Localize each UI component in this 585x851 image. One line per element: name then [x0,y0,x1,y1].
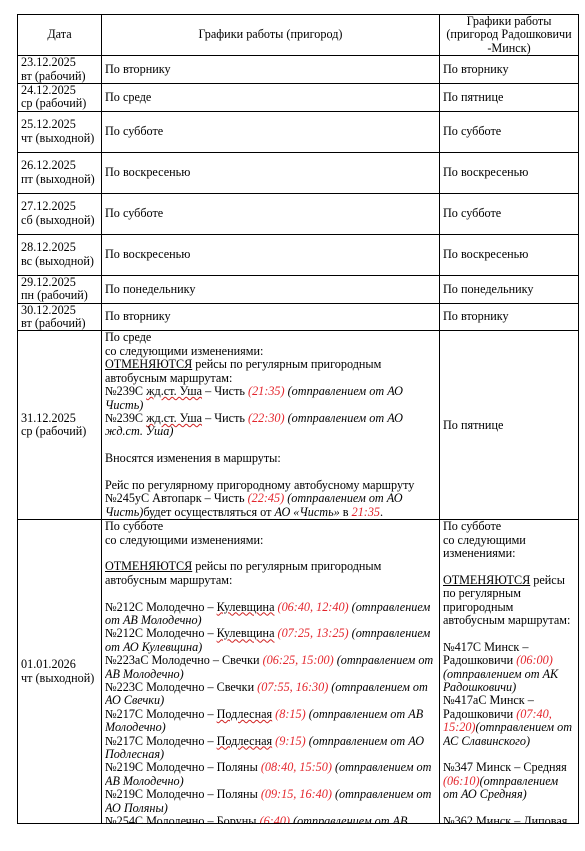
route-entry: №239С жд.ст. Уша – Чисть (21:35) (отправ… [105,385,436,412]
route-entry: №417аС Минск – Радошковичи (07:40, 15:20… [443,694,575,748]
suburban-cell: По воскресенью [102,234,440,275]
time-red: (06:25, 15:00) [263,653,334,667]
changes-intro: со следующими изменениями: [443,534,575,561]
base-schedule: По среде [105,331,436,344]
time-red: (22:45) [248,491,285,505]
table-row: 25.12.2025чт (выходной)По субботеПо субб… [18,111,579,152]
date-cell: 23.12.2025вт (рабочий) [18,56,102,84]
change-stop: АО «Чисть» [274,505,339,519]
date-value: 26.12.2025 [21,158,76,172]
time-red: (6:40) [260,814,290,823]
day-type: сб (выходной) [21,213,95,227]
route-to: Поляны [217,787,258,801]
route-to: Подлесная [217,734,273,748]
route-entry: №347 Минск – Средняя (06:10)(отправление… [443,761,575,801]
route-to: – Чисть [202,411,248,425]
route-to: Боруны [217,814,257,823]
table-row-31-12: 31.12.2025 ср (рабочий) По среде со след… [18,331,579,520]
route-number: №219С Молодечно – [105,787,217,801]
suburban-cell: По субботе [102,111,440,152]
day-type: вт (рабочий) [21,69,86,83]
day-type: пт (выходной) [21,172,95,186]
cancelled-word: ОТМЕНЯЮТСЯ [105,357,192,371]
schedule-table: Дата Графики работы (пригород) Графики р… [17,14,579,824]
route-number: №212С Молодечно – [105,626,217,640]
cancelled-intro: ОТМЕНЯЮТСЯ рейсы по регулярным пригородн… [105,560,436,587]
change-text: . [380,505,383,519]
cancelled-word: ОТМЕНЯЮТСЯ [105,559,192,573]
radoshkovichi-cell: По пятнице [440,331,579,520]
time-red: (22:30) [248,411,285,425]
route-entry: №362 Минск – Липовая [443,815,575,823]
route-to: Свечки [217,680,255,694]
date-cell: 31.12.2025 ср (рабочий) [18,331,102,520]
day-type: вт (рабочий) [21,316,86,330]
date-value: 31.12.2025 [21,411,76,425]
route-to: Свечки [222,653,260,667]
radoshkovichi-cell: По субботе [440,111,579,152]
suburban-cell: По вторнику [102,303,440,331]
route-entry: №217С Молодечно – Подлесная (9:15) (отпр… [105,735,436,762]
radoshkovichi-cell: По воскресенью [440,152,579,193]
route-entry: №239С жд.ст. Уша – Чисть (22:30) (отправ… [105,412,436,439]
base-schedule: По субботе [443,520,575,533]
route-number: №362 Минск – Липовая [443,814,567,823]
route-entry: №223аС Молодечно – Свечки (06:25, 15:00)… [105,654,436,681]
date-value: 24.12.2025 [21,83,76,97]
date-value: 28.12.2025 [21,240,76,254]
route-number: №239С [105,411,146,425]
day-type: ср (рабочий) [21,96,86,110]
radoshkovichi-cell: По вторнику [440,56,579,84]
radoshkovichi-cell: По вторнику [440,303,579,331]
header-row: Дата Графики работы (пригород) Графики р… [18,15,579,56]
date-value: 27.12.2025 [21,199,76,213]
route-entry: №219С Молодечно – Поляны (09:15, 16:40) … [105,788,436,815]
route-number: №239С [105,384,146,398]
cancelled-intro: ОТМЕНЯЮТСЯ рейсы по регулярным пригородн… [105,358,436,385]
table-row: 30.12.2025вт (рабочий)По вторникуПо втор… [18,303,579,331]
time-red: (07:55, 16:30) [257,680,328,694]
cancelled-word: ОТМЕНЯЮТСЯ [443,573,530,587]
route-from: жд.ст. Уша [146,384,202,398]
date-cell: 30.12.2025вт (рабочий) [18,303,102,331]
time-red: (06:10) [443,774,480,788]
date-value: 30.12.2025 [21,303,76,317]
suburban-cell: По среде [102,84,440,112]
route-entry: №212С Молодечно – Кулевщина (06:40, 12:4… [105,601,436,628]
header-date: Дата [18,15,102,56]
route-number: №217С Молодечно – [105,734,217,748]
table-row-01-01: 01.01.2026 чт (выходной) По субботе со с… [18,520,579,824]
route-entry: №217С Молодечно – Подлесная (8:15) (отпр… [105,708,436,735]
date-value: 29.12.2025 [21,275,76,289]
suburban-cell: По среде со следующими изменениями: ОТМЕ… [102,331,440,520]
radoshkovichi-cell: По понедельнику [440,275,579,303]
suburban-cell: По воскресенью [102,152,440,193]
suburban-cell: По понедельнику [102,275,440,303]
date-value: 23.12.2025 [21,55,76,69]
table-row: 26.12.2025пт (выходной)По воскресеньюПо … [18,152,579,193]
route-to: Подлесная [217,707,273,721]
route-entry: №223С Молодечно – Свечки (07:55, 16:30) … [105,681,436,708]
cancelled-intro: ОТМЕНЯЮТСЯ рейсы по регулярным пригородн… [443,574,575,628]
day-type: ср (рабочий) [21,424,86,438]
route-number: №219С Молодечно – [105,760,217,774]
time-red: (06:40, 12:40) [278,600,349,614]
changes-intro: со следующими изменениями: [105,345,436,358]
route-to: Кулевщина [217,600,275,614]
route-to: Кулевщина [217,626,275,640]
route-number: №223аС Молодечно – [105,653,222,667]
time-red: (06:00) [516,653,553,667]
suburban-cell: По субботе со следующими изменениями: ОТ… [102,520,440,824]
route-entry: №212С Молодечно – Кулевщина (07:25, 13:2… [105,627,436,654]
route-note: (отправлением от АК Радошковичи) [443,667,558,694]
time-red: (08:40, 15:50) [261,760,332,774]
route-number: №347 Минск – Средняя [443,760,567,774]
date-cell: 28.12.2025вс (выходной) [18,234,102,275]
route-number: №223С Молодечно – [105,680,217,694]
changes-heading: Вносятся изменения в маршруты: [105,452,436,465]
day-type: чт (выходной) [21,671,94,685]
radoshkovichi-cell: По воскресенью [440,234,579,275]
table-row: 27.12.2025сб (выходной)По субботеПо субб… [18,193,579,234]
table-row: 23.12.2025вт (рабочий)По вторникуПо втор… [18,56,579,84]
change-description: Рейс по регулярному пригородному автобус… [105,479,436,519]
route-note: (отправлением от АВ [293,814,407,823]
radoshkovichi-cell: По субботе со следующими изменениями: ОТ… [440,520,579,824]
changes-intro: со следующими изменениями: [105,534,436,547]
route-to: Поляны [217,760,258,774]
change-text: будет осуществляться от [143,505,274,519]
suburban-cell: По субботе [102,193,440,234]
route-entry: №219С Молодечно – Поляны (08:40, 15:50) … [105,761,436,788]
time-red: (9:15) [275,734,305,748]
base-schedule: По субботе [105,520,436,533]
date-value: 25.12.2025 [21,117,76,131]
date-value: 01.01.2026 [21,657,76,671]
header-radoshkovichi-minsk: Графики работы (пригород Радошковичи -Ми… [440,15,579,56]
route-to: – Чисть [202,384,248,398]
table-row: 24.12.2025ср (рабочий)По средеПо пятнице [18,84,579,112]
date-cell: 24.12.2025ср (рабочий) [18,84,102,112]
route-number: №254С Молодечно – [105,814,217,823]
table-row: 28.12.2025вс (выходной)По воскресеньюПо … [18,234,579,275]
header-suburban: Графики работы (пригород) [102,15,440,56]
time-red: (8:15) [275,707,305,721]
route-entry: №417С Минск – Радошковичи (06:00)(отправ… [443,641,575,695]
date-cell: 29.12.2025пн (рабочий) [18,275,102,303]
radoshkovichi-cell: По субботе [440,193,579,234]
date-cell: 25.12.2025чт (выходной) [18,111,102,152]
change-text: в [340,505,352,519]
date-cell: 27.12.2025сб (выходной) [18,193,102,234]
route-from: жд.ст. Уша [146,411,202,425]
time-red: (21:35) [248,384,285,398]
route-number: №217С Молодечно – [105,707,217,721]
radoshkovichi-cell: По пятнице [440,84,579,112]
route-entry: №254С Молодечно – Боруны (6:40) (отправл… [105,815,436,823]
table-row: 29.12.2025пн (рабочий)По понедельникуПо … [18,275,579,303]
date-cell: 26.12.2025пт (выходной) [18,152,102,193]
time-red: (07:25, 13:25) [278,626,349,640]
suburban-cell: По вторнику [102,56,440,84]
day-type: вс (выходной) [21,254,94,268]
time-red: 21:35 [352,505,380,519]
route-number: №212С Молодечно – [105,600,217,614]
day-type: чт (выходной) [21,131,94,145]
day-type: пн (рабочий) [21,288,88,302]
date-cell: 01.01.2026 чт (выходной) [18,520,102,824]
time-red: (09:15, 16:40) [261,787,332,801]
